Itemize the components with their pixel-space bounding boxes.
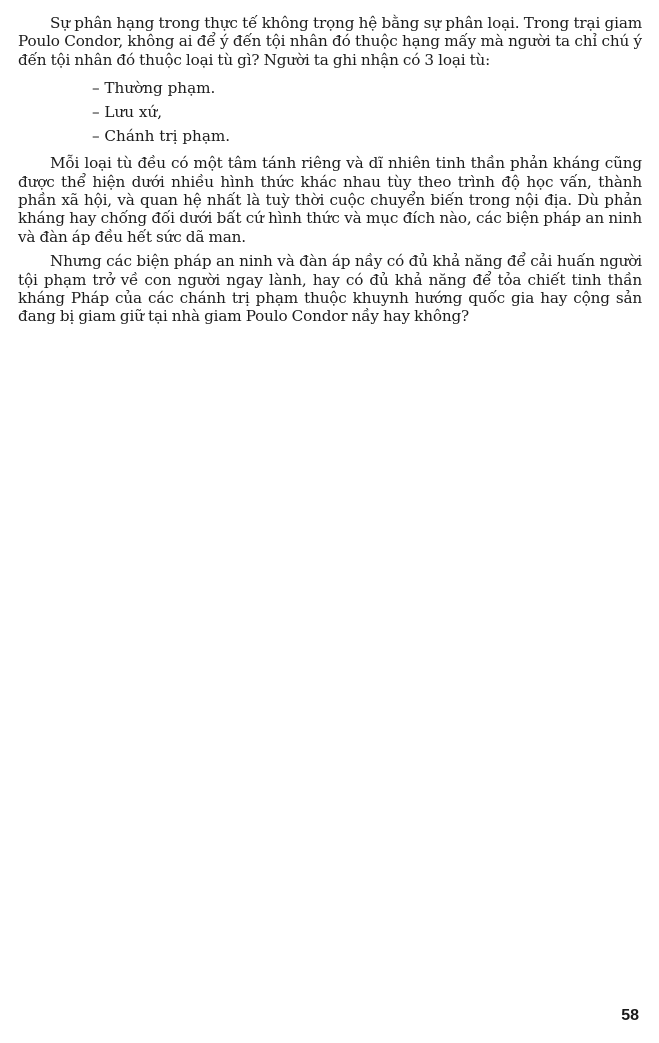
paragraph-resistance-spirit: Mỗi loại tù đều có một tâm tánh riêng và… [18,154,642,246]
page-number: 58 [621,1007,639,1025]
prisoner-type-list: – Thường phạm. – Lưu xứ, – Chánh trị phạ… [18,76,642,148]
list-item-common-criminals: – Thường phạm. [92,76,642,100]
paragraph-prisoner-classification: Sự phân hạng trong thực tế không trọng h… [18,14,642,69]
list-item-exiles: – Lưu xứ, [92,100,642,124]
list-item-political-prisoners: – Chánh trị phạm. [92,124,642,148]
document-page: Sự phân hạng trong thực tế không trọng h… [18,14,642,326]
paragraph-security-measures-question: Nhưng các biện pháp an ninh và đàn áp nầ… [18,252,642,326]
